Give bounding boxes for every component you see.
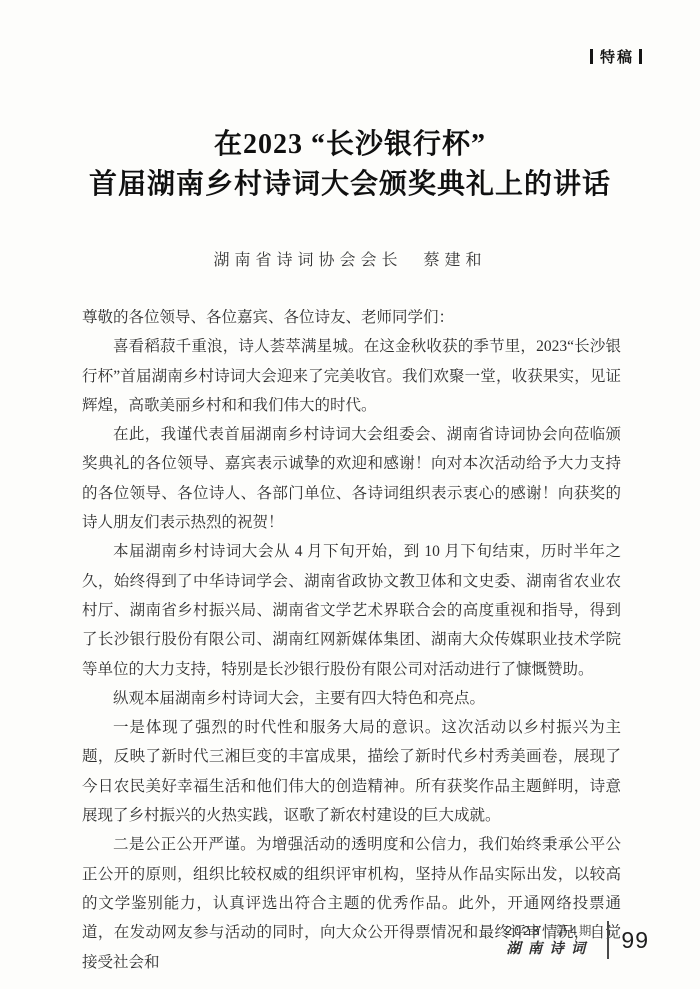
article-title: 在2023 “长沙银行杯” 首届湖南乡村诗词大会颁奖典礼上的讲话 <box>0 125 700 205</box>
article-title-line2: 首届湖南乡村诗词大会颁奖典礼上的讲话 <box>0 165 700 205</box>
body-paragraph: 本届湖南乡村诗词大会从 4 月下旬开始，到 10 月下旬结束，历时半年之久，始终… <box>82 537 621 683</box>
footer-issue-label: 2023 第4期 <box>505 923 593 939</box>
page-footer: 2023 第4期 湖南诗词 99 <box>505 921 649 959</box>
page-number: 99 <box>621 927 649 954</box>
footer-issue-block: 2023 第4期 湖南诗词 <box>505 923 593 958</box>
body-paragraph: 在此，我谨代表首届湖南乡村诗词大会组委会、湖南省诗词协会向莅临颁奖典礼的各位领导… <box>82 420 621 537</box>
body-paragraph: 一是体现了强烈的时代性和服务大局的意识。这次活动以乡村振兴为主题，反映了新时代三… <box>82 713 621 830</box>
body-paragraph: 喜看稻菽千重浪，诗人荟萃满星城。在这金秋收获的季节里，2023“长沙银行杯”首届… <box>82 332 621 420</box>
footer-journal-name: 湖南诗词 <box>505 939 593 958</box>
category-right-bar <box>639 49 642 64</box>
category-left-bar <box>590 49 593 64</box>
category-label-block: 特稿 <box>590 46 642 67</box>
body-paragraph: 纵观本届湖南乡村诗词大会，主要有四大特色和亮点。 <box>82 684 621 713</box>
article-body: 尊敬的各位领导、各位嘉宾、各位诗友、老师同学们： 喜看稻菽千重浪，诗人荟萃满星城… <box>82 303 621 977</box>
salutation-paragraph: 尊敬的各位领导、各位嘉宾、各位诗友、老师同学们： <box>82 303 621 332</box>
article-title-line1: 在2023 “长沙银行杯” <box>0 125 700 165</box>
article-byline: 湖南省诗词协会会长 蔡建和 <box>0 247 700 270</box>
scanned-journal-page: 特稿 在2023 “长沙银行杯” 首届湖南乡村诗词大会颁奖典礼上的讲话 湖南省诗… <box>0 0 700 989</box>
footer-divider <box>607 921 609 959</box>
category-label: 特稿 <box>600 46 634 67</box>
